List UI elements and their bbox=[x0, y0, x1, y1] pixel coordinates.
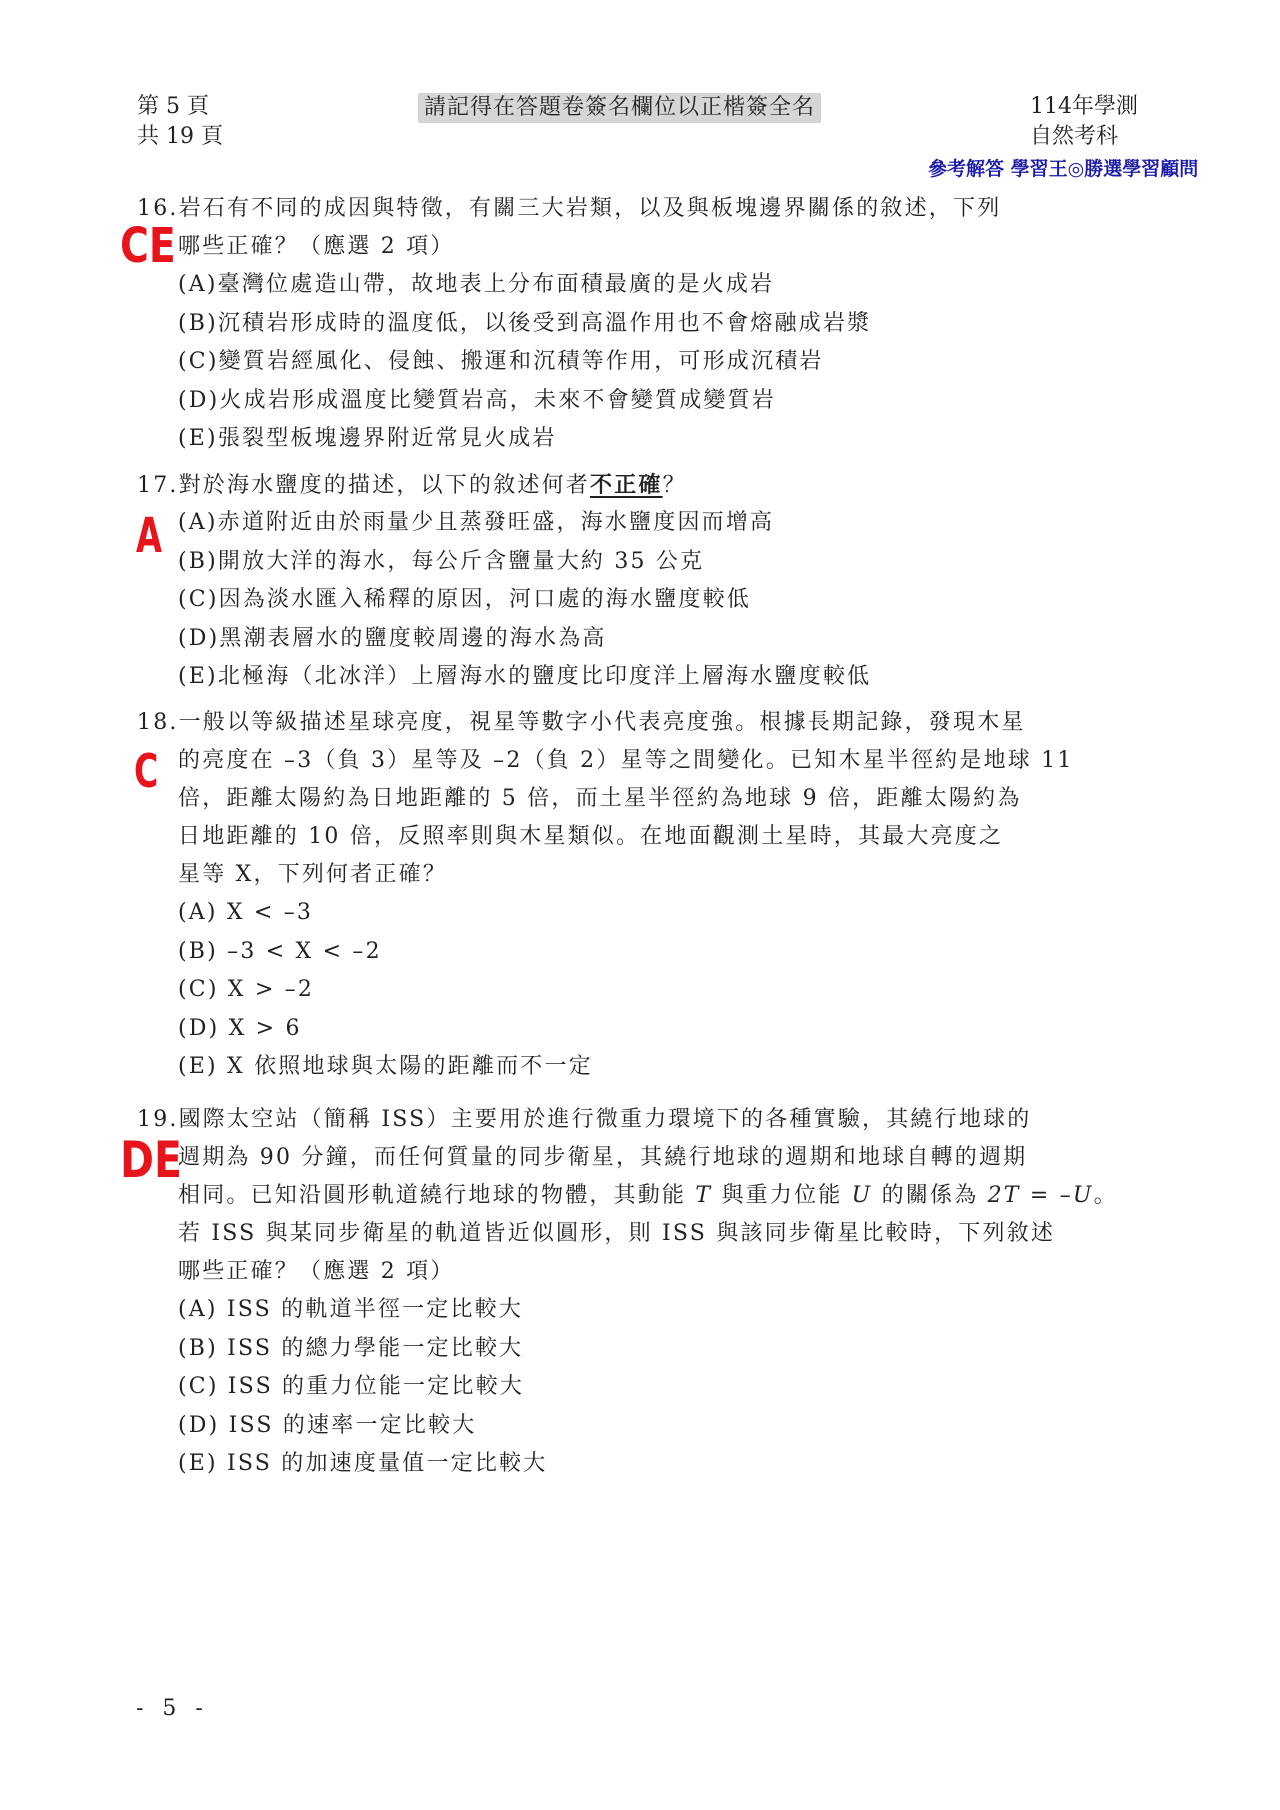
question-number: 19. bbox=[137, 1107, 179, 1132]
option-b: (B) –3 < X < –2 bbox=[137, 933, 1074, 972]
question-stem-line: 週期為 90 分鐘，而任何質量的同步衛星，其繞行地球的週期和地球自轉的週期 bbox=[137, 1139, 1118, 1177]
option-d: (D) ISS 的速率一定比較大 bbox=[137, 1407, 1118, 1446]
option-b: (B)沉積岩形成時的溫度低，以後受到高溫作用也不會熔融成岩漿 bbox=[137, 305, 1001, 344]
exam-year: 114年學測 bbox=[1030, 92, 1138, 122]
answer-mark-17: A bbox=[136, 510, 162, 562]
signature-notice: 請記得在答題卷簽名欄位以正楷簽全名 bbox=[418, 93, 821, 123]
emphasis-incorrect: 不正確 bbox=[590, 472, 663, 498]
option-b: (B) ISS 的總力學能一定比較大 bbox=[137, 1330, 1118, 1369]
question-stem-line: 18.一般以等級描述星球亮度，視星等數字小代表亮度強。根據長期記錄，發現木星 bbox=[137, 704, 1074, 742]
option-d: (D)火成岩形成溫度比變質岩高，未來不會變質成變質岩 bbox=[137, 382, 1001, 421]
option-c: (C)因為淡水匯入稀釋的原因，河口處的海水鹽度較低 bbox=[137, 581, 871, 620]
option-c: (C)變質岩經風化、侵蝕、搬運和沉積等作用，可形成沉積岩 bbox=[137, 343, 1001, 382]
question-stem-line: 若 ISS 與某同步衛星的軌道皆近似圓形，則 ISS 與該同步衛星比較時，下列敘… bbox=[137, 1215, 1118, 1253]
page-total: 共 19 頁 bbox=[137, 122, 223, 152]
option-e: (E)北極海（北冰洋）上層海水的鹽度比印度洋上層海水鹽度較低 bbox=[137, 658, 871, 697]
option-a: (A)臺灣位處造山帶，故地表上分布面積最廣的是火成岩 bbox=[137, 266, 1001, 305]
option-d: (D) X > 6 bbox=[137, 1010, 1074, 1049]
question-stem-line: 倍，距離太陽約為日地距離的 5 倍，而土星半徑約為地球 9 倍，距離太陽約為 bbox=[137, 780, 1074, 818]
question-stem-line: 哪些正確？（應選 2 項） bbox=[137, 1253, 1118, 1291]
question-16: 16.岩石有不同的成因與特徵，有關三大岩類，以及與板塊邊界關係的敘述，下列 哪些… bbox=[137, 190, 1001, 459]
answer-mark-18: C bbox=[134, 746, 158, 796]
question-stem-line: 星等 X，下列何者正確？ bbox=[137, 856, 1074, 894]
page-current: 第 5 頁 bbox=[137, 92, 223, 122]
page-number-block: 第 5 頁 共 19 頁 bbox=[137, 92, 223, 152]
question-number: 17. bbox=[137, 473, 179, 498]
question-stem-line: 哪些正確？（應選 2 項） bbox=[137, 228, 1001, 266]
option-c: (C) ISS 的重力位能一定比較大 bbox=[137, 1368, 1118, 1407]
option-e: (E) ISS 的加速度量值一定比較大 bbox=[137, 1445, 1118, 1484]
page-footer-number: - 5 - bbox=[136, 1696, 209, 1721]
question-19: 19.國際太空站（簡稱 ISS）主要用於進行微重力環境下的各種實驗，其繞行地球的… bbox=[137, 1101, 1118, 1484]
option-a: (A) X < –3 bbox=[137, 894, 1074, 933]
exam-info-block: 114年學測 自然考科 bbox=[1030, 92, 1138, 152]
question-17: 17.對於海水鹽度的描述，以下的敘述何者不正確？ (A)赤道附近由於雨量少且蒸發… bbox=[137, 466, 871, 697]
exam-subject: 自然考科 bbox=[1030, 122, 1138, 152]
question-stem-line: 19.國際太空站（簡稱 ISS）主要用於進行微重力環境下的各種實驗，其繞行地球的 bbox=[137, 1101, 1118, 1139]
option-c: (C) X > –2 bbox=[137, 971, 1074, 1010]
question-18: 18.一般以等級描述星球亮度，視星等數字小代表亮度強。根據長期記錄，發現木星 的… bbox=[137, 704, 1074, 1087]
option-e: (E)張裂型板塊邊界附近常見火成岩 bbox=[137, 420, 1001, 459]
question-stem-line: 17.對於海水鹽度的描述，以下的敘述何者不正確？ bbox=[137, 466, 871, 504]
question-stem-line: 日地距離的 10 倍，反照率則與木星類似。在地面觀測土星時，其最大亮度之 bbox=[137, 818, 1074, 856]
energy-relation-equation: 2T = –U bbox=[988, 1183, 1094, 1208]
question-stem-line: 相同。已知沿圓形軌道繞行地球的物體，其動能 T 與重力位能 U 的關係為 2T … bbox=[137, 1177, 1118, 1215]
exam-page: 第 5 頁 共 19 頁 請記得在答題卷簽名欄位以正楷簽全名 114年學測 自然… bbox=[0, 0, 1280, 1810]
question-number: 18. bbox=[137, 710, 179, 735]
question-stem-line: 16.岩石有不同的成因與特徵，有關三大岩類，以及與板塊邊界關係的敘述，下列 bbox=[137, 190, 1001, 228]
answer-mark-19: DE bbox=[120, 1135, 182, 1185]
option-b: (B)開放大洋的海水，每公斤含鹽量大約 35 公克 bbox=[137, 543, 871, 582]
option-a: (A)赤道附近由於雨量少且蒸發旺盛，海水鹽度因而增高 bbox=[137, 504, 871, 543]
option-e: (E) X 依照地球與太陽的距離而不一定 bbox=[137, 1048, 1074, 1087]
potential-energy-symbol: U bbox=[852, 1183, 873, 1208]
question-stem-line: 的亮度在 –3（負 3）星等及 –2（負 2）星等之間變化。已知木星半徑約是地球… bbox=[137, 742, 1074, 780]
option-a: (A) ISS 的軌道半徑一定比較大 bbox=[137, 1291, 1118, 1330]
answer-mark-16: CE bbox=[120, 222, 176, 270]
kinetic-energy-symbol: T bbox=[695, 1183, 712, 1208]
option-d: (D)黑潮表層水的鹽度較周邊的海水為高 bbox=[137, 620, 871, 659]
answer-key-brand: 參考解答 學習王◎勝選學習顧問 bbox=[928, 154, 1198, 181]
